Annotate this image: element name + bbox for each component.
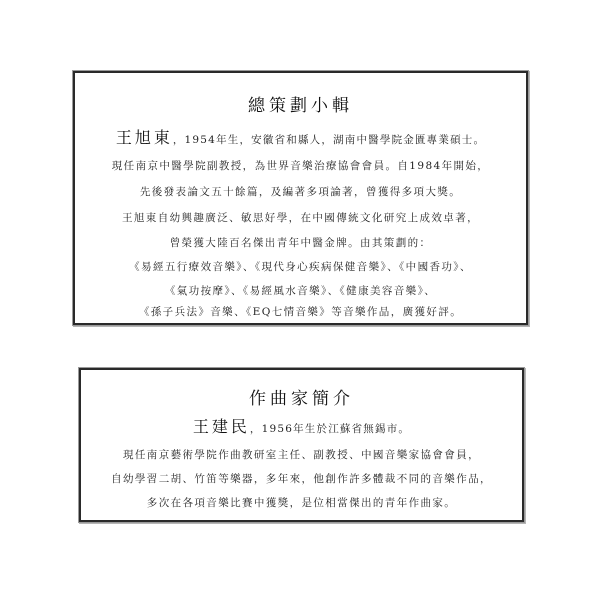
composer-line: 自幼學習二胡、竹笛等樂器，多年來，他創作許多體裁不同的音樂作品，	[81, 471, 522, 486]
producer-title: 總策劃小輯	[75, 91, 526, 116]
producer-line: 《易經五行療效音樂》、《現代身心疾病保健音樂》、《中國香功》、	[75, 259, 526, 274]
composer-line: 多次在各項音樂比賽中獲獎，是位相當傑出的青年作曲家。	[81, 495, 522, 510]
producer-line: 《氣功按摩》、《易經風水音樂》、《健康美容音樂》、	[75, 283, 526, 298]
producer-bio-box: 總策劃小輯 王旭東，1954年生，安徽省和縣人，湖南中醫學院金匱專業碩士。 現任…	[73, 71, 528, 325]
producer-line: 王旭東自幼興趣廣泛、敏思好學，在中國傳統文化研究上成效卓著，	[75, 210, 526, 225]
producer-line: 曾榮獲大陸百名傑出青年中醫金牌。由其策劃的：	[75, 235, 526, 250]
producer-lead: ，1954年生，安徽省和縣人，湖南中醫學院金匱專業碩士。	[173, 134, 485, 146]
composer-title: 作曲家簡介	[81, 384, 522, 409]
producer-name: 王旭東	[116, 128, 173, 147]
composer-line: 現任南京藝術學院作曲教研室主任、副教授、中國音樂家協會會員，	[81, 447, 522, 462]
producer-line: 現任南京中醫學院副教授，為世界音樂治療協會會員。自1984年開始，	[75, 158, 526, 173]
producer-intro-line: 王旭東，1954年生，安徽省和縣人，湖南中醫學院金匱專業碩士。	[75, 125, 526, 148]
producer-line: 先後發表論文五十餘篇，及編著多項論著，曾獲得多項大獎。	[75, 184, 526, 199]
composer-lead: ，1956年生於江蘇省無錫市。	[250, 423, 410, 435]
producer-line: 《孫子兵法》音樂、《EQ七情音樂》等音樂作品，廣獲好評。	[75, 304, 526, 319]
composer-intro-line: 王建民，1956年生於江蘇省無錫市。	[81, 414, 522, 437]
composer-bio-box: 作曲家簡介 王建民，1956年生於江蘇省無錫市。 現任南京藝術學院作曲教研室主任…	[79, 368, 524, 522]
composer-name: 王建民	[193, 417, 250, 436]
